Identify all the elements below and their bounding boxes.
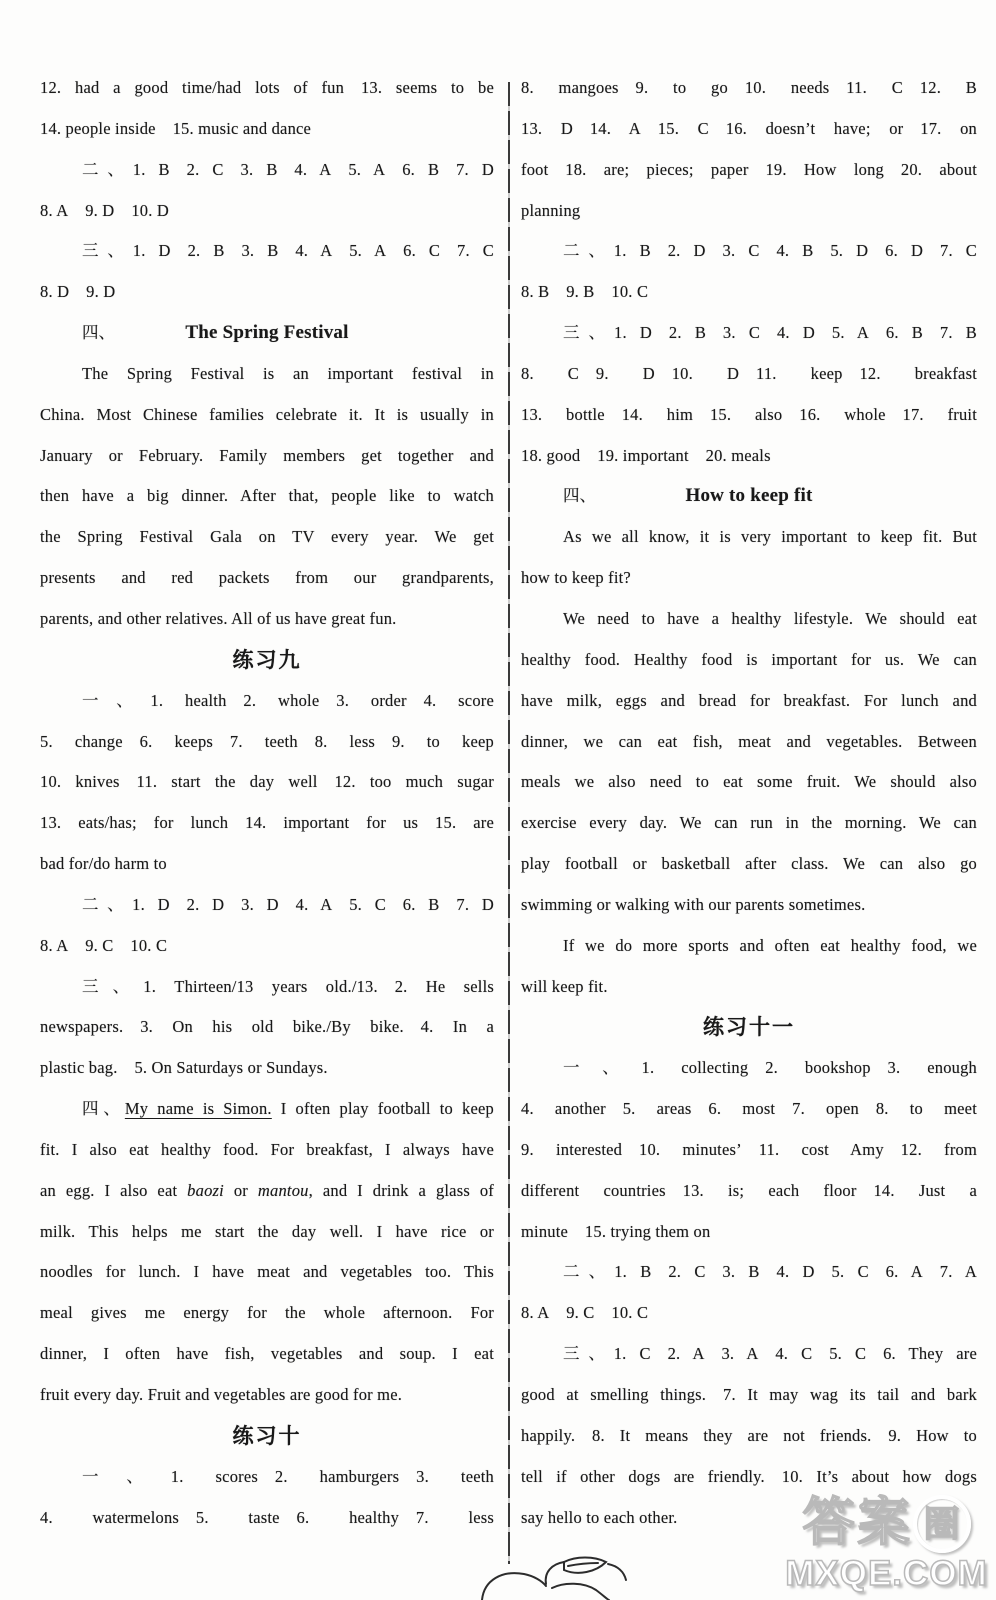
text-segment: , and I drink a glass of — [309, 1181, 494, 1200]
section-marker: 四、 — [563, 476, 596, 517]
exercise-header: 练习十一 — [521, 1007, 977, 1048]
text-line: exercise every day. We can run in the mo… — [521, 803, 977, 844]
text-line: meal gives me energy for the whole after… — [40, 1293, 494, 1334]
text-line: fruit every day. Fruit and vegetables ar… — [40, 1375, 494, 1416]
title-text: How to keep fit — [685, 485, 812, 506]
text-line: good at smelling things. 7. It may wag i… — [521, 1375, 977, 1416]
text-line: 8. A 9. D 10. D — [40, 191, 494, 232]
text-line: happily. 8. It means they are not friend… — [521, 1416, 977, 1457]
left-column: 12. had a good time/had lots of fun 13. … — [40, 68, 494, 1538]
text-line: 二、1. B 2. C 3. B 4. A 5. A 6. B 7. D — [40, 150, 494, 191]
watermark-char: 案 — [858, 1494, 910, 1554]
text-line: 5. change 6. keeps 7. teeth 8. less 9. t… — [40, 722, 494, 763]
scanned-answer-page: 12. had a good time/had lots of fun 13. … — [0, 0, 996, 1600]
text-line: bad for/do harm to — [40, 844, 494, 885]
text-line: meals we also need to eat some fruit. We… — [521, 762, 977, 803]
text-line: 13. bottle 14. him 15. also 16. whole 17… — [521, 395, 977, 436]
text-segment: 四、 — [82, 1099, 125, 1118]
watermark-char: 答 — [802, 1494, 854, 1554]
text-line: swimming or walking with our parents som… — [521, 885, 977, 926]
text-line: 四、My name is Simon. I often play footbal… — [40, 1089, 494, 1130]
text-line: January or February. Family members get … — [40, 436, 494, 477]
text-line: different countries 13. is; each floor 1… — [521, 1171, 977, 1212]
text-line: If we do more sports and often eat healt… — [521, 926, 977, 967]
text-line: 8. A 9. C 10. C — [521, 1293, 977, 1334]
text-line: 4. another 5. areas 6. most 7. open 8. t… — [521, 1089, 977, 1130]
text-line: fit. I also eat healthy food. For breakf… — [40, 1130, 494, 1171]
text-line: 12. had a good time/had lots of fun 13. … — [40, 68, 494, 109]
text-line: 4. watermelons 5. taste 6. healthy 7. le… — [40, 1498, 494, 1539]
watermark-site-text: MXQE.COM — [779, 1554, 994, 1594]
text-line: 二、1. B 2. D 3. C 4. B 5. D 6. D 7. C — [521, 231, 977, 272]
text-line: 8. B 9. B 10. C — [521, 272, 977, 313]
text-line: 8. A 9. C 10. C — [40, 926, 494, 967]
exercise-header: 练习十 — [40, 1416, 494, 1457]
text-line: milk. This helps me start the day well. … — [40, 1212, 494, 1253]
watermark: 答 案 圈 MXQE.COM — [779, 1494, 994, 1594]
text-line: 三、1. D 2. B 3. C 4. D 5. A 6. B 7. B — [521, 313, 977, 354]
italic-text: baozi — [187, 1181, 224, 1200]
text-line: foot 18. are; pieces; paper 19. How long… — [521, 150, 977, 191]
text-line: the Spring Festival Gala on TV every yea… — [40, 517, 494, 558]
right-column: 8. mangoes 9. to go 10. needs 11. C 12. … — [521, 68, 977, 1538]
text-line: then have a big dinner. After that, peop… — [40, 476, 494, 517]
text-line: China. Most Chinese families celebrate i… — [40, 395, 494, 436]
text-line: 三、1. D 2. B 3. B 4. A 5. A 6. C 7. C — [40, 231, 494, 272]
text-line: 三、1. C 2. A 3. A 4. C 5. C 6. They are — [521, 1334, 977, 1375]
text-line: dinner, we can eat fish, meat and vegeta… — [521, 722, 977, 763]
composition-title: 四、How to keep fit — [521, 476, 977, 517]
text-line: As we all know, it is very important to … — [521, 517, 977, 558]
text-line: healthy food. Healthy food is important … — [521, 640, 977, 681]
text-segment: or — [224, 1181, 258, 1200]
text-segment: an egg. I also eat — [40, 1181, 187, 1200]
text-line: an egg. I also eat baozi or mantou, and … — [40, 1171, 494, 1212]
text-segment: I often play football to keep — [272, 1099, 494, 1118]
text-line: plastic bag. 5. On Saturdays or Sundays. — [40, 1048, 494, 1089]
text-line: presents and red packets from our grandp… — [40, 558, 494, 599]
text-line: 一、1. collecting 2. bookshop 3. enough — [521, 1048, 977, 1089]
underlined-text: My name is Simon. — [125, 1099, 272, 1118]
text-line: planning — [521, 191, 977, 232]
text-line: 一、1. health 2. whole 3. order 4. score — [40, 681, 494, 722]
text-line: 13. D 14. A 15. C 16. doesn’t have; or 1… — [521, 109, 977, 150]
text-line: minute 15. trying them on — [521, 1212, 977, 1253]
title-text: The Spring Festival — [185, 322, 348, 343]
text-line: 8. mangoes 9. to go 10. needs 11. C 12. … — [521, 68, 977, 109]
text-line: newspapers. 3. On his old bike./By bike.… — [40, 1007, 494, 1048]
section-marker: 四、 — [82, 313, 115, 354]
text-line: parents, and other relatives. All of us … — [40, 599, 494, 640]
text-line: have milk, eggs and bread for breakfast.… — [521, 681, 977, 722]
text-line: 三、1. Thirteen/13 years old./13. 2. He se… — [40, 967, 494, 1008]
text-line: 一、1. scores 2. hamburgers 3. teeth — [40, 1457, 494, 1498]
exercise-header: 练习九 — [40, 640, 494, 681]
text-line: 二、1. D 2. D 3. D 4. A 5. C 6. B 7. D — [40, 885, 494, 926]
text-line: will keep fit. — [521, 967, 977, 1008]
italic-text: mantou — [258, 1181, 309, 1200]
text-line: 14. people inside 15. music and dance — [40, 109, 494, 150]
text-line: 9. interested 10. minutes’ 11. cost Amy … — [521, 1130, 977, 1171]
watermark-circle-badge: 圈 — [913, 1495, 971, 1553]
watermark-cn-text: 答 案 圈 — [779, 1494, 994, 1554]
text-line: 8. C 9. D 10. D 11. keep 12. breakfast — [521, 354, 977, 395]
text-line: noodles for lunch. I have meat and veget… — [40, 1252, 494, 1293]
text-line: 13. eats/has; for lunch 14. important fo… — [40, 803, 494, 844]
text-line: tell if other dogs are friendly. 10. It’… — [521, 1457, 977, 1498]
text-line: 18. good 19. important 20. meals — [521, 436, 977, 477]
text-line: We need to have a healthy lifestyle. We … — [521, 599, 977, 640]
text-line: dinner, I often have fish, vegetables an… — [40, 1334, 494, 1375]
text-line: 10. knives 11. start the day well 12. to… — [40, 762, 494, 803]
text-line: The Spring Festival is an important fest… — [40, 354, 494, 395]
text-line: play football or basketball after class.… — [521, 844, 977, 885]
text-line: how to keep fit? — [521, 558, 977, 599]
apple-sketch-icon — [468, 1554, 638, 1600]
text-line: 8. D 9. D — [40, 272, 494, 313]
watermark-char: 圈 — [924, 1506, 960, 1542]
composition-title: 四、The Spring Festival — [40, 313, 494, 354]
text-line: 二、1. B 2. C 3. B 4. D 5. C 6. A 7. A — [521, 1252, 977, 1293]
column-divider-line — [508, 82, 510, 1564]
